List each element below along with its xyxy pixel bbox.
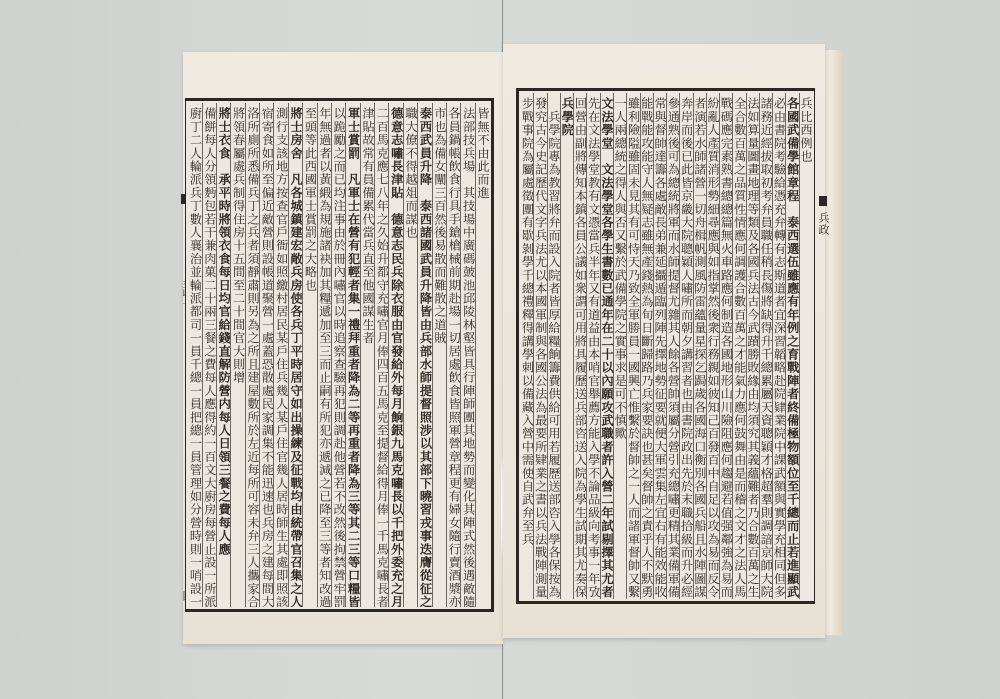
text-column: 法部技兵場 其技場中廣碼皷池邱陵林壑皆具行陣師團其地勢而變化其陣式然後遇敵隨機可… (460, 103, 474, 607)
open-book: ▮▮▮▮▮ 八 兵政一 四 皆無不由此而進 法部技兵場 其技場中廣碼皷池邱陵林壑… (183, 40, 843, 652)
text-column: 將士房舍 凡各城鎮建宏敞兵房使各兵丁平時居守如出操練及征戰均由統帶官召集之人數眾… (288, 103, 302, 607)
right-page: 兵比西例也 各國武備學館章程 泰西選伍雖應有年例之育戰陣者終備極物額位至千總而止… (503, 44, 825, 638)
text-column: 回營由副將傳知本鎮各員公議如衆謂可用將具履歷送兵部咨送入院為學生試期其尤奏保千總 (573, 93, 586, 599)
text-column: 測行支該地方按查官戶衙如照繳村居民某戶住兵幾人某戶住官幾人居時師生其處即照該地方… (273, 103, 287, 607)
text-column: 奔岸而後已此皆京畿大院聰穎人嘯所而朝夕講習者也由書院政出先於末職拾級而升必經三十… (679, 93, 692, 599)
text-column: 紛亂人產質消形勢細尋應與如指掌然後衆行務親如彼知己百發百中自足以攻為易而反令守為… (706, 93, 719, 599)
text-column: 兵比西例也 (799, 93, 812, 599)
text-column: 兵學院專為教習將弁而設入院者皆厚給糧餉籌費供給可用若履歷送部咨入學各保按為千總 (547, 93, 560, 599)
text-column: 先在文法學堂教有文憑當兵半年又有道益由本哨官舉薦方能入學不論品級向考事一年攷取中… (586, 93, 599, 599)
text-column: 各員鍋帳飲食行具手鎗槍械前期赴場一切居處飲食皆照軍營章程更有婦女隨行賣酒漿亦皆于… (446, 103, 460, 607)
text-column: 泰西武員升降 泰西諸國武員升降皆由兵部水師提督照涉以其部下曉習戎事迭膺從征之武員… (417, 103, 431, 607)
fishtail-mark-icon (819, 196, 827, 206)
text-column: 法如算量圖畫地理等類及各國兵法古今武蹟勝敗緣由均須究其義蘊難者乃合數百萬之生靈馳… (746, 93, 759, 599)
text-column: 皆無不由此而進 (475, 103, 489, 607)
text-column: 職大僚不得越俎而謀也 (403, 103, 417, 607)
text-column: 者演若水師諸營一切舟楫帆測風防雷蘊量星探乞跼歲各國海口衡別各國兵船且水陣圖謀必截… (693, 93, 706, 599)
text-column: 一人兩總統之得人與否又繫於武備學院之實事求是可不慎歟 (613, 93, 626, 599)
text-column: 步戰事院為屬處徵團有歇剝學千總禮釋得講學刺以備藏入營中需使自武弁至兵 (521, 93, 533, 599)
text-column: 將領春屬處兵制得住房十五間至二十間官大則增 (230, 103, 244, 607)
text-column: 至頭等此西國軍士賞罰之大略也 (302, 103, 316, 607)
text-column: 津貼故常有員備累代當兵直至他國謀生者 (360, 103, 374, 607)
text-column: 雖利險隘雖固未見其有可恃天乃致全軍勝員一國興亡惟繫於督帥之一人而諸軍督帥又繫於總… (626, 93, 639, 599)
text-column: 以跪勵之而已均注事由於冊內嘯官以時追察查驗再犯則調赴他營若不改然後拘禁營牢罰作苦… (331, 103, 345, 607)
text-column: 必由書院考驗給憑充弁轉有志斯道者宜深習韜略赴院肄業院中課武額與實學充相同但多武藝… (772, 93, 785, 599)
left-page: ▮▮▮▮▮ 八 兵政一 四 皆無不由此而進 法部技兵場 其技場中廣碼皷池邱陵林壑… (183, 52, 503, 644)
text-column: 參通熟後可為總統將軍而水師提督尤雜其人餘各營帥須屬分營引充總嘯更精其業備軍備有副… (666, 93, 679, 599)
text-column: 軍士賞罰 凡軍士在營有犯輕者集一禮拜重者降為二等再重者降為三等其二三等口糧皆同不… (345, 103, 359, 607)
text-column: 文法學堂 文法學堂各學生書數已通年在二十以內願攻武職者許入營二年試剔擇其尤者奏保… (600, 93, 613, 599)
text-column: 常與督帥達籌各處敵長弟兼延攝遁臨列陣先擇地勢征要就便大軍雲集左宜右有能效能收能剛… (653, 93, 666, 599)
text-column: 廚丁二人輪派兵丁數人襄治並輪派都司一員千總一員把總一員管理如分營時則一哨設一廚房 (188, 103, 201, 607)
text-column: 備餅每人分領麪包若干兼肉菓二十兩三餐之費每人應得約一百文大廚房每營止設一所派 (202, 103, 216, 607)
text-column: 將士衣食 承平時將領衣食每日均官給錢直解防營内每人日領三餐之費每人應 (216, 103, 230, 607)
text-column: 諸務近經拔取初考弁員職任稍長傷將缺得升千總累屬天資聰穎才格超羣則調諳京師大院肄習… (759, 93, 772, 599)
text-column: 德意志嘯長津貼 德意志民兵除衣服由官發給外每月餉銀九馬克嘯長以千把外委充之月俸七… (388, 103, 402, 607)
right-margin-text: 兵政 (815, 212, 831, 236)
text-column: 年無過者以黃緞為規施諸袂加其糧遞加至三而止嗣有所犯亦遞減之已降至三等者知改過自奮… (317, 103, 331, 607)
left-text-frame: 皆無不由此而進 法部技兵場 其技場中廣碼皷池邱陵林壑皆具行陣師團其地勢而變化其陣… (185, 98, 494, 612)
text-column: 能戰能攻能守人無疑志雖無產錢熱為旬日斷歸路乃兵家要訣也甚矣督帥之責乎人不默勇士雖… (640, 93, 653, 599)
text-column: 兵學院 (560, 93, 573, 599)
text-column: 全合數百萬之品質性情應何調護合數百萬之才能氣力應何鼓舞由是而稽之文才之法人馬定達… (732, 93, 745, 599)
right-text-frame: 兵比西例也 各國武備學館章程 泰西選伍雖應有年例之育戰陣者終備極物額位至千總而止… (516, 88, 815, 604)
text-column: 發究古今史記歷代文字兵法尤以本國軍制與各國公法為最要所肄業之書以兵法戰陣測量建築… (533, 93, 546, 599)
text-column: 二百馬克應七八年之久始升都守充嘯官月俸四百五馬克至提督給得月俸一千馬克嘯長者之須… (374, 103, 388, 607)
text-column: 宿寄食如所至偏近敵營則設帳道聚營一處蓋恐散處民家調集不能迅速也兵房之建每間大可容… (259, 103, 273, 607)
text-column: 各國武備學館章程 泰西選伍雖應有年例之育戰陣者終備極物額位至千總而止若進顯武職非… (785, 93, 798, 599)
right-columns: 兵比西例也 各國武備學館章程 泰西選伍雖應有年例之育戰陣者終備極物額位至千總而止… (521, 93, 812, 599)
left-columns: 皆無不由此而進 法部技兵場 其技場中廣碼皷池邱陵林壑皆具行陣師團其地勢而變化其陣… (188, 103, 489, 607)
text-column: 市也為備女闡三百然後易散而難散之道賊 (432, 103, 446, 607)
text-column: 戰碼應完素熟書總總篇無火車路應何制造各國地形山川險阻應何趨避若值强鄰強為易而反令… (719, 93, 732, 599)
text-column: 洛所廁所悉備兵丁之兵者須靜肅則另為之所且建屋數所於左近每所可容未弁三人攜家合住並… (245, 103, 259, 607)
